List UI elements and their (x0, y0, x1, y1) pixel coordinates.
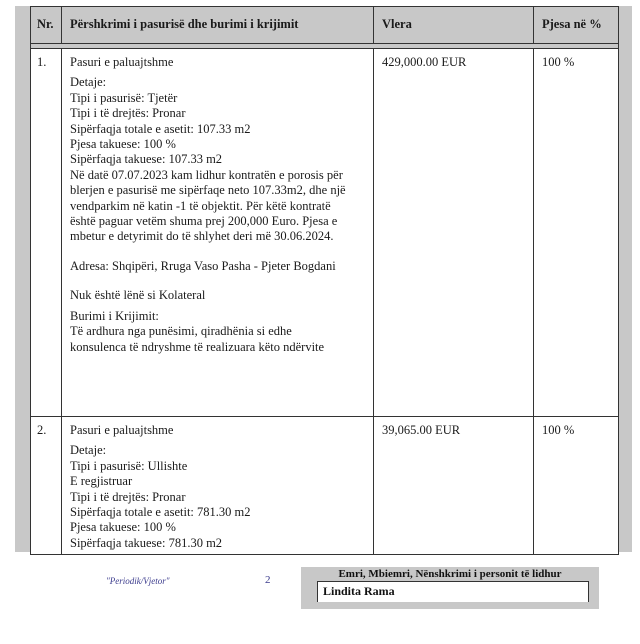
row-value: 39,065.00 EUR (374, 417, 534, 554)
row-description: Pasuri e paluajtshme Detaje: Tipi i pasu… (62, 417, 374, 554)
row-number: 1. (31, 49, 62, 416)
detail-line: Pjesa takuese: 100 % (70, 137, 365, 152)
detail-line: Në datë 07.07.2023 kam lidhur kontratën … (70, 168, 365, 183)
header-value: Vlera (374, 7, 534, 43)
page-number: 2 (265, 574, 271, 586)
row-value: 429,000.00 EUR (374, 49, 534, 416)
source-line: konsulenca të ndryshme të realizuara kët… (70, 340, 365, 355)
assets-table: Nr. Përshkrimi i pasurisë dhe burimi i k… (30, 6, 619, 555)
periodic-label: "Periodik/Vjetor" (106, 576, 170, 586)
asset-title: Pasuri e paluajtshme (70, 55, 365, 70)
row-share: 100 % (534, 417, 618, 554)
table-row: 2. Pasuri e paluajtshme Detaje: Tipi i p… (31, 416, 618, 555)
source-label: Burimi i Krijimit: (70, 309, 365, 324)
detail-line: Sipërfaqja takuese: 781.30 m2 (70, 536, 365, 551)
header-share: Pjesa në % (534, 7, 618, 43)
detail-line: Tipi i të drejtës: Pronar (70, 106, 365, 121)
signature-field: Lindita Rama (317, 581, 589, 602)
signature-box: Lindita Rama Emri, Mbiemri, Nënshkrimi i… (301, 567, 599, 609)
header-description: Përshkrimi i pasurisë dhe burimi i kriji… (62, 7, 374, 43)
detail-line: është paguar vetëm shuma prej 200,000 Eu… (70, 214, 365, 229)
row-number: 2. (31, 417, 62, 554)
declaration-table-frame: Nr. Përshkrimi i pasurisë dhe burimi i k… (15, 6, 632, 552)
row-description: Pasuri e paluajtshme Detaje: Tipi i pasu… (62, 49, 374, 416)
detail-line: Tipi i pasurisë: Ullishte (70, 459, 365, 474)
detail-line: Sipërfaqja totale e asetit: 107.33 m2 (70, 122, 365, 137)
detail-line: Detaje: (70, 75, 365, 90)
source-line: Të ardhura nga punësimi, qiradhënia si e… (70, 324, 365, 339)
asset-details: Detaje: Tipi i pasurisë: Tjetër Tipi i t… (70, 75, 365, 244)
table-row: 1. Pasuri e paluajtshme Detaje: Tipi i p… (31, 48, 618, 416)
detail-line: mbetur e detyrimit do të shlyhet deri më… (70, 229, 365, 244)
detail-line: Tipi i pasurisë: Tjetër (70, 91, 365, 106)
table-header-row: Nr. Përshkrimi i pasurisë dhe burimi i k… (31, 6, 618, 44)
asset-address: Adresa: Shqipëri, Rruga Vaso Pasha - Pje… (70, 259, 365, 274)
detail-line: Tipi i të drejtës: Pronar (70, 490, 365, 505)
detail-line: Sipërfaqja takuese: 107.33 m2 (70, 152, 365, 167)
asset-details: Detaje: Tipi i pasurisë: Ullishte E regj… (70, 443, 365, 551)
signature-name: Lindita Rama (323, 584, 395, 599)
source-of-creation: Burimi i Krijimit: Të ardhura nga punësi… (70, 309, 365, 355)
detail-line: Pjesa takuese: 100 % (70, 520, 365, 535)
header-nr: Nr. (31, 7, 62, 43)
signature-label: Emri, Mbiemri, Nënshkrimi i personit të … (301, 567, 599, 581)
detail-line: Detaje: (70, 443, 365, 458)
row-share: 100 % (534, 49, 618, 416)
detail-line: Sipërfaqja totale e asetit: 781.30 m2 (70, 505, 365, 520)
detail-line: blerjen e pasurisë me sipërfaqe neto 107… (70, 183, 365, 198)
detail-line: vendparkim në katin -1 të objektit. Për … (70, 199, 365, 214)
detail-line: E regjistruar (70, 474, 365, 489)
asset-title: Pasuri e paluajtshme (70, 423, 365, 438)
collateral-status: Nuk është lënë si Kolateral (70, 288, 365, 303)
